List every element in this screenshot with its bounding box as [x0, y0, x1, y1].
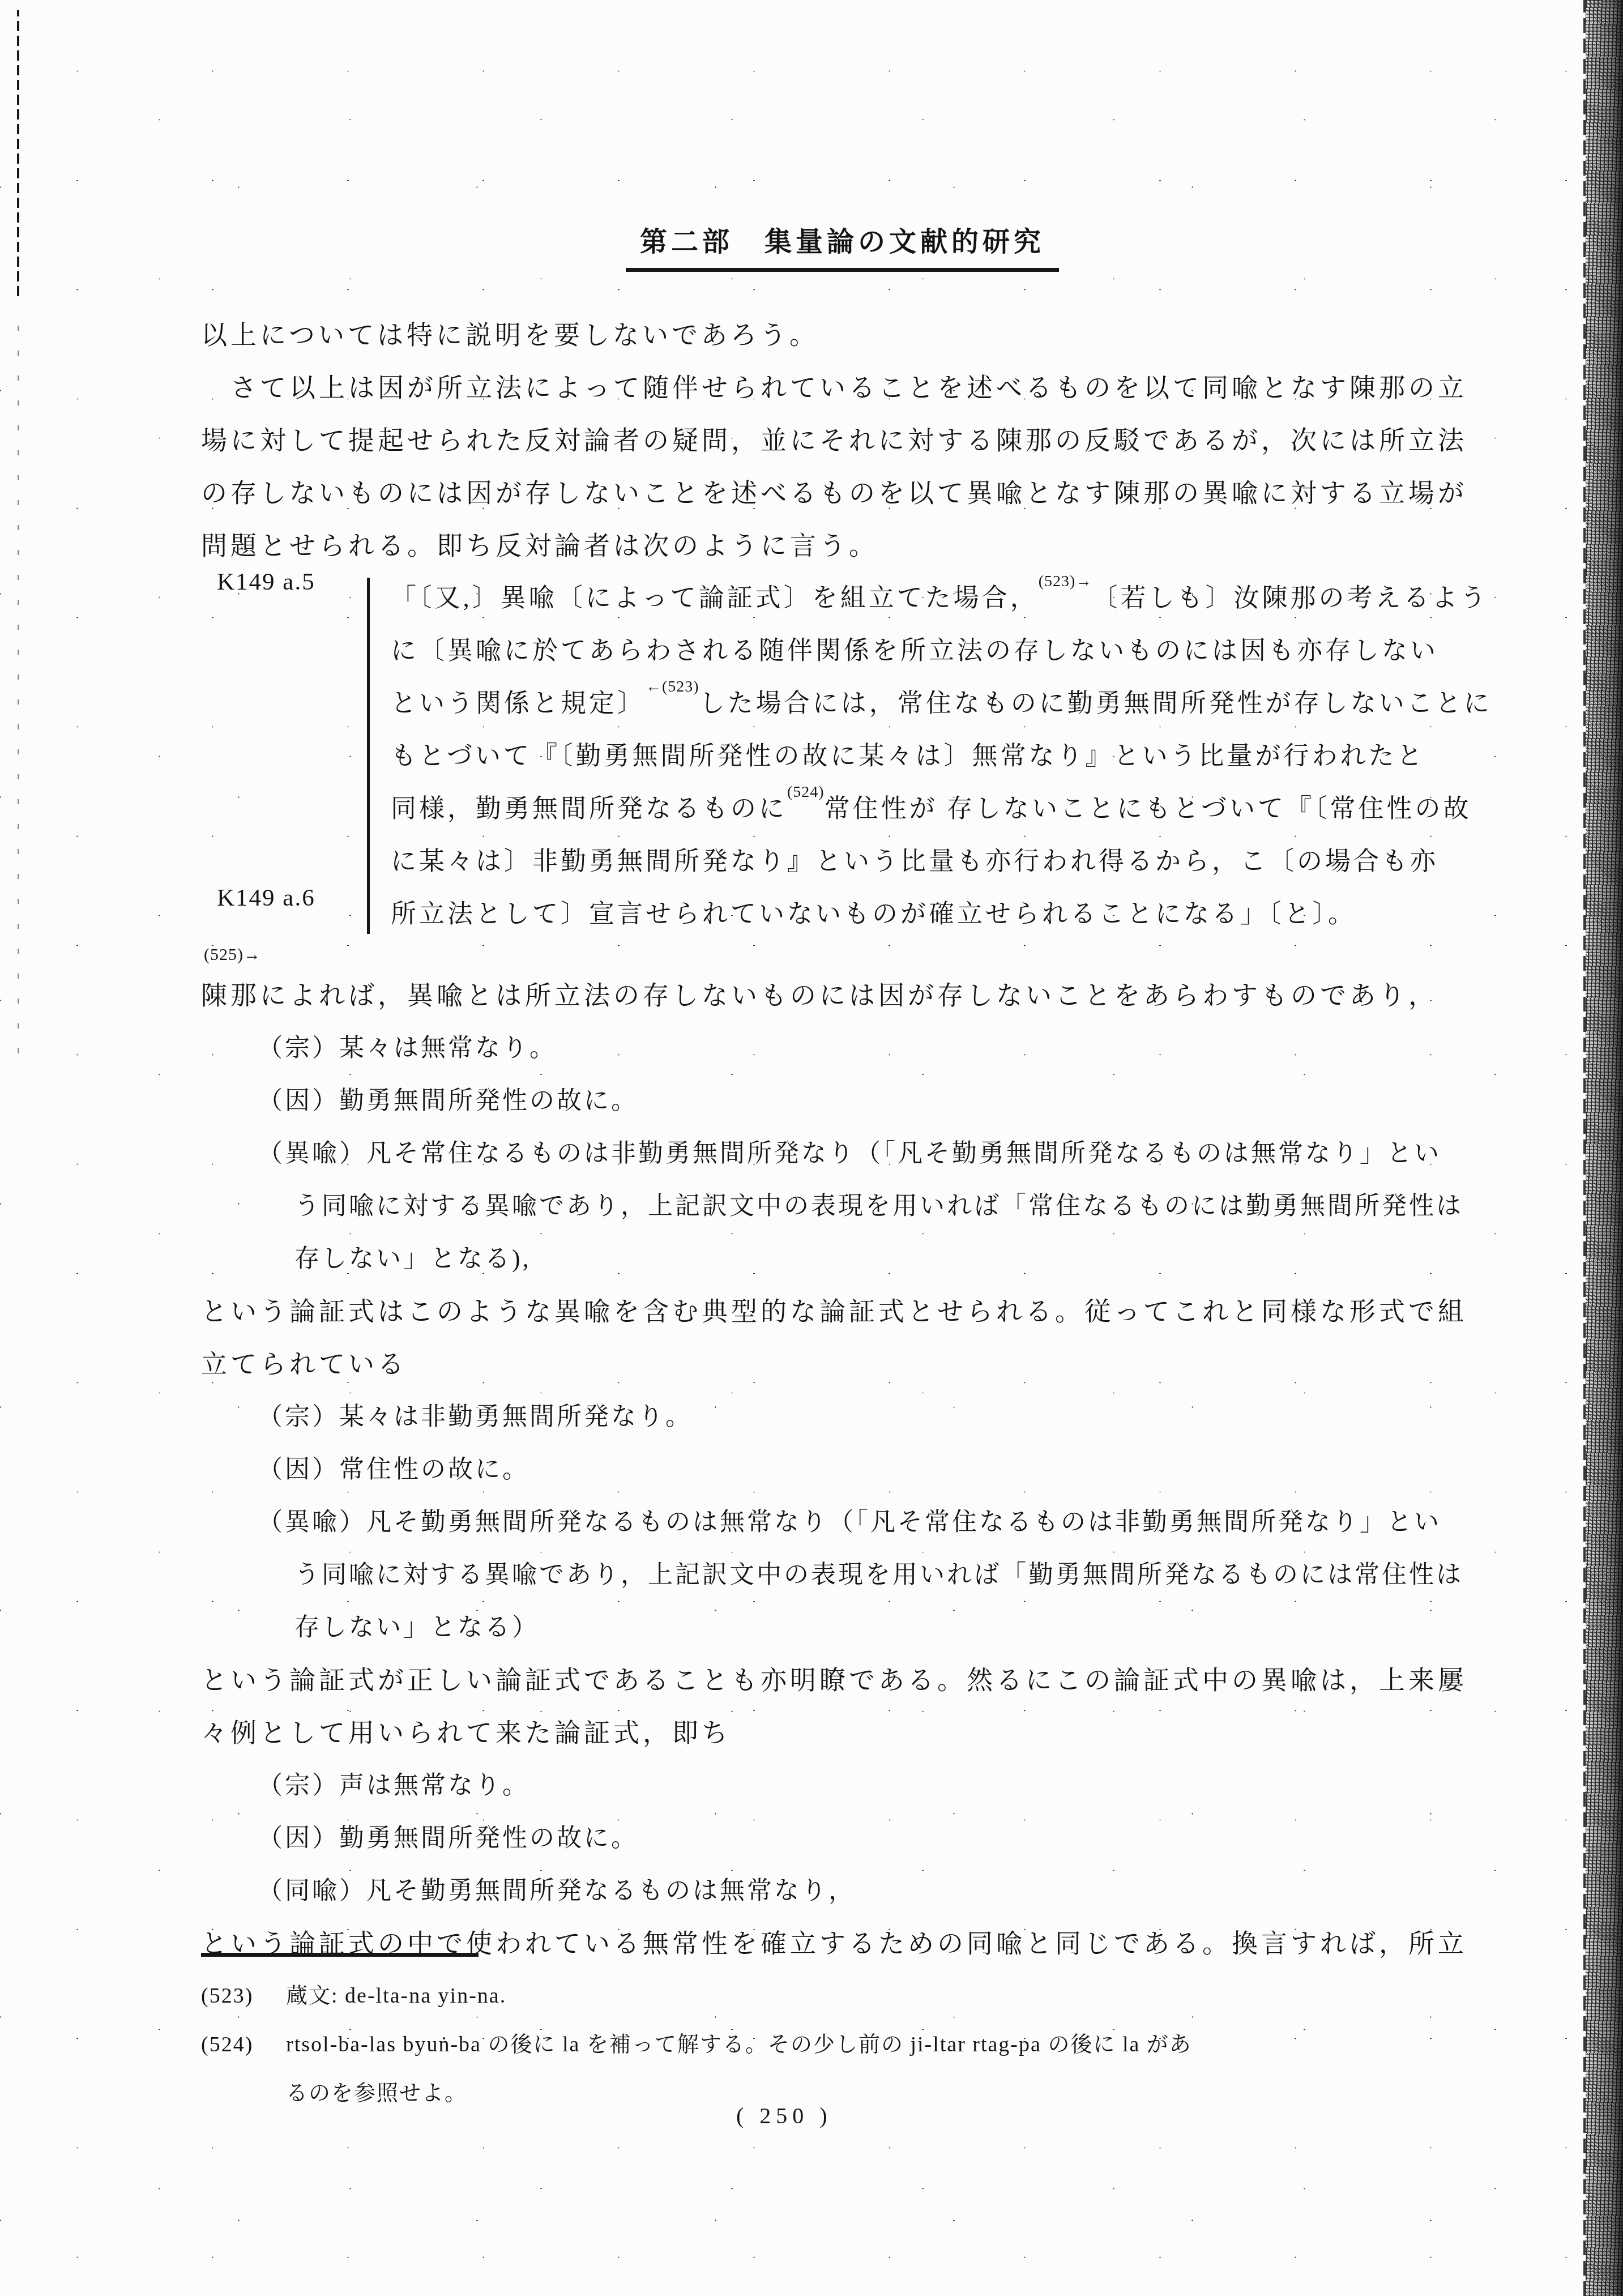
quote-line: 同様，勤勇無間所発なるものに(524)常住性が 存しないことにもとづいて『〔常住… [201, 783, 1498, 835]
quote-text: 「〔又,〕異喩〔によって論証式〕を組立てた場合， [391, 584, 1039, 612]
quote-text: した場合には，常住なものに勤勇無間所発性が存しないことに [699, 689, 1492, 718]
quote-line: 「〔又,〕異喩〔によって論証式〕を組立てた場合，(523)→〔若しも〕汝陳那の考… [201, 572, 1498, 625]
syllogism-line-iyu: （異喩）凡そ常住なるものは非勤勇無間所発なり（「凡そ勤勇無間所発なるものは無常な… [201, 1127, 1498, 1180]
syllogism-line-shu: （宗）声は無常なり。 [201, 1759, 1498, 1812]
scan-left-line-faint [18, 317, 19, 1053]
syllogism-line-cont: 存しない」となる） [201, 1601, 1498, 1654]
footnote-text: rtsol-ba-las byuṅ-ba の後に la を補って解する。その少し… [286, 2033, 1192, 2056]
main-text: 以上については特に説明を要しないであろう。 さて以上は因が所立法によって随伴せら… [201, 309, 1498, 1970]
footnote-label: (523) [201, 1971, 286, 2020]
body-line: 立てられている [201, 1338, 1498, 1390]
margin-label-k149a5: K149 a.5 [217, 568, 315, 596]
footnote-ref-523-back: ←(523) [646, 660, 699, 713]
body-line: 陳那によれば，異喩とは所立法の存しないものには因が存しないことをあらわすものであ… [201, 969, 1498, 1022]
syllogism-line-cont: う同喩に対する異喩であり，上記訳文中の表現を用いれば「常住なるものには勤勇無間所… [201, 1180, 1498, 1232]
scanned-page: 第二部 集量論の文献的研究 以上については特に説明を要しないであろう。 さて以上… [0, 0, 1623, 2296]
quotation-block: K149 a.5 K149 a.6 「〔又,〕異喩〔によって論証式〕を組立てた場… [201, 572, 1498, 941]
syllogism-line-in: （因）常住性の故に。 [201, 1443, 1498, 1496]
quote-line: に某々は〕非勤勇無間所発なり』という比量も亦行われ得るから，こ〔の場合も亦 [201, 835, 1498, 888]
footnote-523: (523)蔵文: de-lta-na yin-na. [201, 1971, 1498, 2020]
scan-edge-band [1586, 0, 1623, 2296]
body-line: 問題とせられる。即ち反対論者は次のように言う。 [201, 519, 1498, 572]
chapter-header: 第二部 集量論の文献的研究 [626, 220, 1059, 272]
footnote-rule [201, 1953, 479, 1957]
page-number: ( 250 ) [736, 2102, 832, 2129]
body-line: 場に対して提起せられた反対論者の疑問，並にそれに対する陳那の反駁であるが，次には… [201, 414, 1498, 467]
scan-left-line [17, 10, 19, 296]
body-line: という論証式が正しい論証式であることも亦明瞭である。然るにこの論証式中の異喩は，… [201, 1654, 1498, 1706]
body-line: さて以上は因が所立法によって随伴せられていることを述べるものを以て同喩となす陳那… [201, 361, 1498, 414]
footnote-ref-523: (523)→ [1039, 555, 1092, 608]
body-line: 々例として用いられて来た論証式，即ち [201, 1706, 1498, 1759]
syllogism-line-shu: （宗）某々は非勤勇無間所発なり。 [201, 1390, 1498, 1443]
syllogism-line-in: （因）勤勇無間所発性の故に。 [201, 1074, 1498, 1127]
footnotes-section: (523)蔵文: de-lta-na yin-na. (524)rtsol-ba… [201, 1953, 1498, 2118]
footnote-text: 蔵文: de-lta-na yin-na. [286, 1984, 506, 2008]
quote-line: もとづいて『〔勤勇無間所発性の故に某々は〕無常なり』という比量が行われたと [201, 730, 1498, 783]
scan-edge-line [1583, 0, 1586, 2296]
footnote-524-cont: るのを参照せよ。 [201, 2069, 1498, 2118]
quote-line: に〔異喩に於てあらわされる随伴関係を所立法の存しないものには因も亦存しない [201, 625, 1498, 677]
footnote-label: (524) [201, 2020, 286, 2069]
quote-text: 同様，勤勇無間所発なるものに [391, 795, 787, 823]
quote-text: 常住性が 存しないことにもとづいて『〔常住性の故 [825, 795, 1472, 823]
footnote-ref-525: (525)→ [201, 941, 1498, 969]
margin-label-k149a6: K149 a.6 [217, 884, 315, 912]
footnote-524: (524)rtsol-ba-las byuṅ-ba の後に la を補って解する… [201, 2020, 1498, 2069]
syllogism-line-cont: 存しない」となる), [201, 1232, 1498, 1285]
syllogism-line-doyu: （同喩）凡そ勤勇無間所発なるものは無常なり， [201, 1864, 1498, 1917]
footnote-ref-524: (524) [787, 766, 825, 818]
syllogism-line-iyu: （異喩）凡そ勤勇無間所発なるものは無常なり（「凡そ常住なるものは非勤勇無間所発な… [201, 1496, 1498, 1548]
body-line: 以上については特に説明を要しないであろう。 [201, 309, 1498, 361]
quote-line: という関係と規定〕←(523)した場合には，常住なものに勤勇無間所発性が存しない… [201, 677, 1498, 730]
body-line: という論証式はこのような異喩を含む典型的な論証式とせられる。従ってこれと同様な形… [201, 1285, 1498, 1338]
syllogism-line-in: （因）勤勇無間所発性の故に。 [201, 1812, 1498, 1864]
syllogism-line-shu: （宗）某々は無常なり。 [201, 1022, 1498, 1074]
body-line: の存しないものには因が存しないことを述べるものを以て異喩となす陳那の異喩に対する… [201, 467, 1498, 519]
quote-text: 〔若しも〕汝陳那の考えるよう [1092, 584, 1488, 612]
quote-text: という関係と規定〕 [391, 689, 646, 718]
quote-line: 所立法として〕宣言せられていないものが確立せられることになる」〔と〕。 [201, 888, 1498, 941]
syllogism-line-cont: う同喩に対する異喩であり，上記訳文中の表現を用いれば「勤勇無間所発なるものには常… [201, 1548, 1498, 1601]
